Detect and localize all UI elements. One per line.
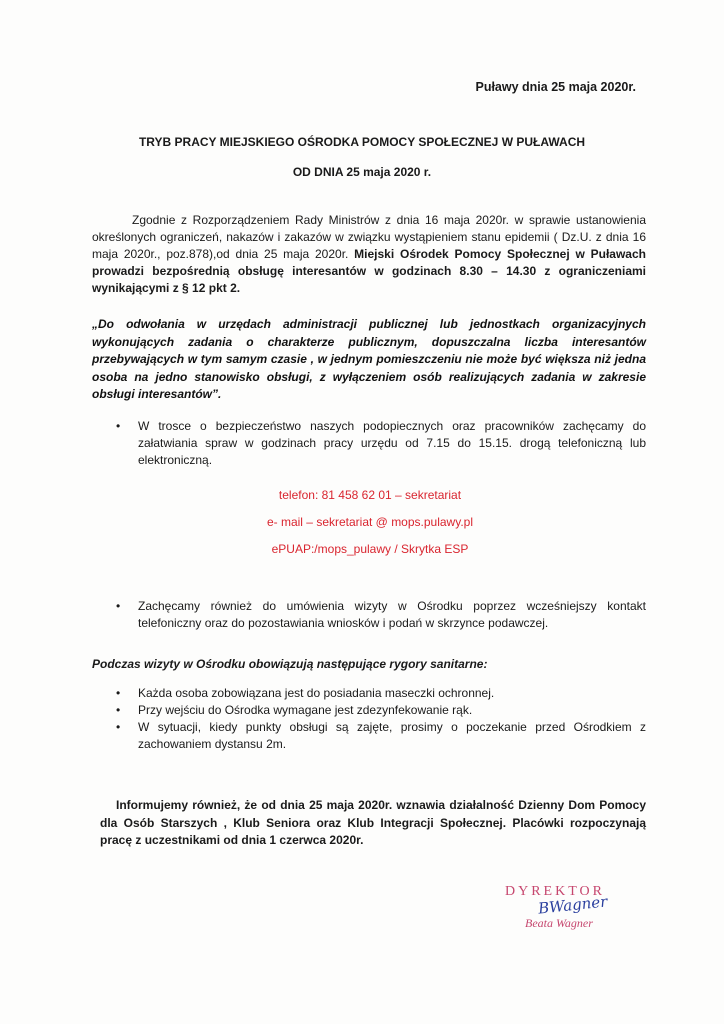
director-stamp-name: Beata Wagner [525, 916, 593, 931]
bullet-text: W trosce o bezpieczeństwo naszych podopi… [138, 419, 646, 467]
bullet-text: W sytuacji, kiedy punkty obsługi są zaję… [138, 720, 646, 751]
bullet-icon: • [116, 685, 120, 702]
document-page: Puławy dnia 25 maja 2020r. TRYB PRACY MI… [0, 0, 724, 1024]
regulation-quote: „Do odwołania w urzędach administracji p… [92, 316, 646, 404]
sanitary-list: • Każda osoba zobowiązana jest do posiad… [112, 685, 646, 753]
bullet-icon: • [116, 719, 120, 736]
appointment-bullet: • Zachęcamy również do umówienia wizyty … [112, 598, 646, 632]
list-item: • Każda osoba zobowiązana jest do posiad… [112, 685, 646, 702]
contact-email: e- mail – sekretariat @ mops.pulawy.pl [200, 515, 540, 529]
contact-epuap: ePUAP:/mops_pulawy / Skrytka ESP [200, 542, 540, 556]
contact-phone: telefon: 81 458 62 01 – sekretariat [200, 488, 540, 502]
document-date: Puławy dnia 25 maja 2020r. [430, 80, 636, 94]
list-item: • Przy wejściu do Ośrodka wymagane jest … [112, 702, 646, 719]
document-title: TRYB PRACY MIEJSKIEGO OŚRODKA POMOCY SPO… [60, 135, 664, 149]
bullet-text: Zachęcamy również do umówienia wizyty w … [138, 599, 646, 630]
info-paragraph: Informujemy również, że od dnia 25 maja … [100, 797, 646, 850]
bullet-icon: • [116, 418, 120, 435]
document-subtitle: OD DNIA 25 maja 2020 r. [60, 165, 664, 179]
intro-paragraph: Zgodnie z Rozporządzeniem Rady Ministrów… [92, 212, 646, 297]
bullet-icon: • [116, 598, 120, 615]
list-item: • Zachęcamy również do umówienia wizyty … [112, 598, 646, 632]
contact-bullet: • W trosce o bezpieczeństwo naszych podo… [112, 418, 646, 469]
list-item: • W sytuacji, kiedy punkty obsługi są za… [112, 719, 646, 753]
bullet-text: Przy wejściu do Ośrodka wymagane jest zd… [138, 703, 472, 717]
list-item: • W trosce o bezpieczeństwo naszych podo… [112, 418, 646, 469]
sanitary-heading: Podczas wizyty w Ośrodku obowiązują nast… [92, 657, 487, 671]
bullet-icon: • [116, 702, 120, 719]
bullet-text: Każda osoba zobowiązana jest do posiadan… [138, 686, 494, 700]
